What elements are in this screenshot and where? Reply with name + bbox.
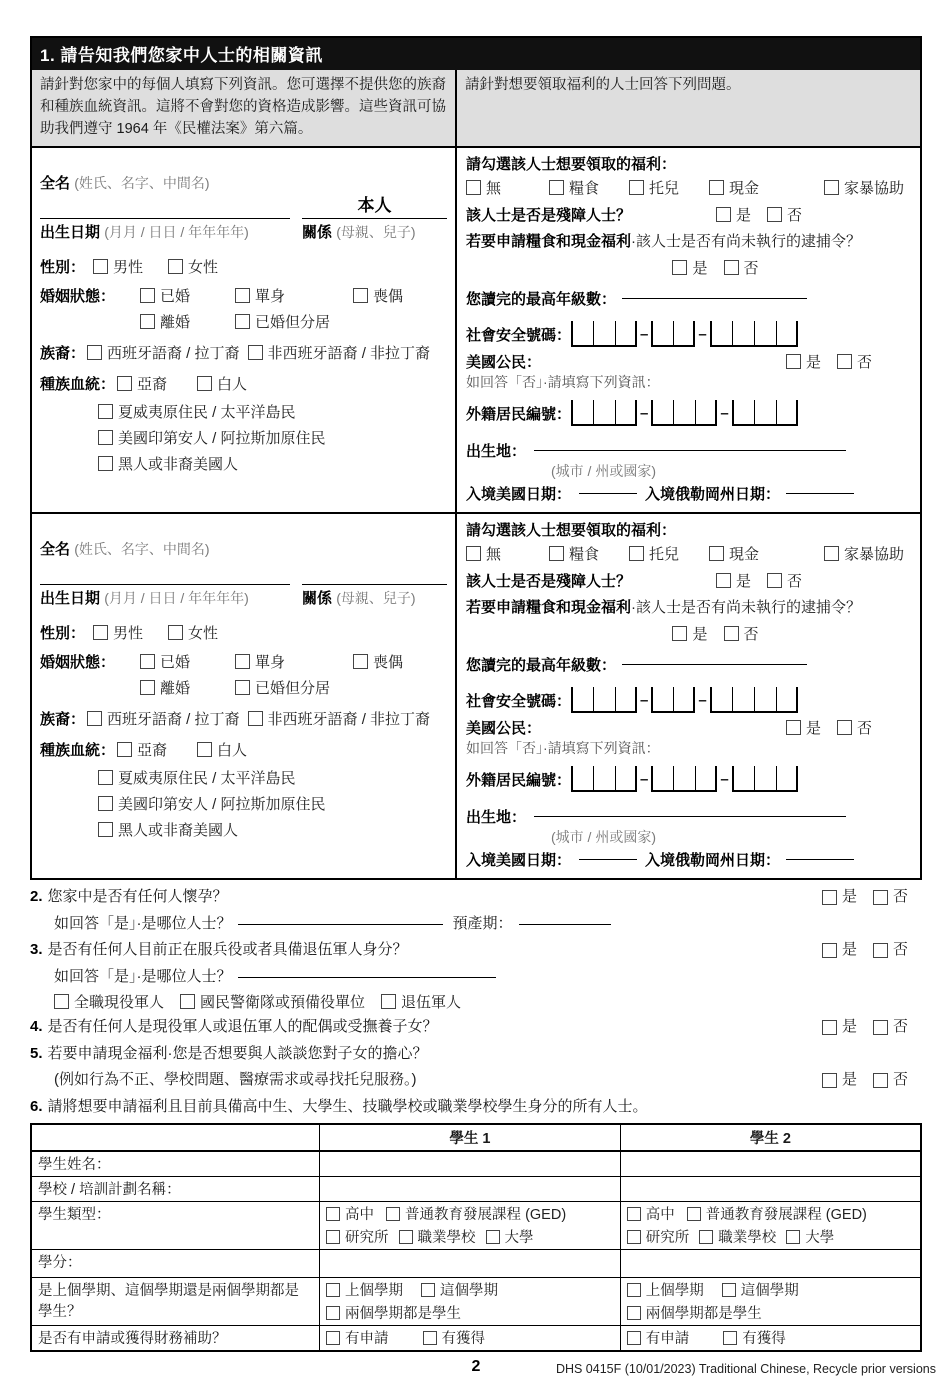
page-number: 2 — [472, 1358, 481, 1376]
checkbox-icon[interactable] — [687, 1207, 701, 1221]
checkbox-divorced[interactable]: 離婚 — [140, 311, 235, 332]
alien-boxes-group3[interactable] — [732, 766, 798, 792]
question-4-text: 是否有任何人是現役軍人或退伍軍人的配偶或受撫養子女？ — [48, 1016, 438, 1039]
digit-cell[interactable] — [754, 766, 776, 790]
checkbox-icon[interactable] — [699, 1230, 713, 1244]
digit-cell[interactable] — [673, 400, 695, 424]
checkbox-icon[interactable] — [98, 430, 113, 445]
checkbox-icon[interactable] — [140, 288, 155, 303]
digit-cell[interactable] — [776, 400, 798, 424]
checkbox-icon[interactable] — [629, 180, 644, 195]
checkbox-icon[interactable] — [822, 1073, 837, 1088]
checkbox-icon[interactable] — [824, 546, 839, 561]
checkbox-icon[interactable] — [180, 994, 195, 1009]
checkbox-this-term[interactable]: 這個學期 — [421, 1279, 498, 1300]
checkbox-icon[interactable] — [399, 1230, 413, 1244]
checkbox-icon[interactable] — [786, 1230, 800, 1244]
checkbox-non-hispanic[interactable]: 非西班牙語裔 / 非拉丁裔 — [248, 708, 431, 729]
checkbox-icon[interactable] — [767, 573, 782, 588]
checkbox-icon[interactable] — [724, 626, 739, 641]
no-checkbox[interactable]: 否 — [873, 1069, 908, 1092]
checkbox-aid-applied[interactable]: 有申請 — [627, 1327, 690, 1348]
checkbox-native-american[interactable]: 美國印第安人 / 阿拉斯加原住民 — [98, 793, 326, 814]
alien-boxes-group1[interactable] — [571, 400, 637, 426]
ethnicity-label: 族裔： — [40, 708, 85, 729]
checkbox-icon[interactable] — [672, 260, 687, 275]
checkbox-ged[interactable]: 普通教育發展課程 (GED) — [687, 1203, 867, 1224]
checkbox-female[interactable]: 女性 — [168, 256, 218, 277]
no-checkbox[interactable]: 否 — [724, 257, 759, 278]
checkbox-icon[interactable] — [549, 180, 564, 195]
warrant-yes-no: 是 否 — [672, 623, 758, 644]
checkbox-hawaiian-pacific[interactable]: 夏威夷原住民 / 太平洋島民 — [98, 767, 296, 788]
checkbox-icon[interactable] — [98, 822, 113, 837]
checkbox-black[interactable]: 黑人或非裔美國人 — [98, 819, 238, 840]
dash: – — [640, 692, 648, 709]
digit-cell[interactable] — [710, 321, 732, 345]
student2-term-cell: 上個學期 這個學期 兩個學期都是學生 — [620, 1278, 921, 1326]
no-checkbox[interactable]: 否 — [873, 886, 908, 909]
checkbox-icon[interactable] — [168, 625, 183, 640]
ssn-boxes-group2[interactable] — [651, 321, 695, 347]
birthplace-input-line[interactable] — [534, 450, 846, 451]
checkbox-icon[interactable] — [140, 654, 155, 669]
checkbox-white[interactable]: 白人 — [197, 739, 247, 760]
checkbox-icon[interactable] — [326, 1230, 340, 1244]
checkbox-single[interactable]: 單身 — [235, 285, 353, 306]
question-6: 6. 請將想要申請福利且目前具備高中生、大學生、技職學校或職業學校學生身分的所有… — [30, 1096, 922, 1119]
checkbox-native-american[interactable]: 美國印第安人 / 阿拉斯加原住民 — [98, 427, 326, 448]
checkbox-hispanic[interactable]: 西班牙語裔 / 拉丁裔 — [87, 708, 240, 729]
checkbox-married[interactable]: 已婚 — [140, 651, 235, 672]
checkbox-icon[interactable] — [168, 259, 183, 274]
checkbox-icon[interactable] — [837, 720, 852, 735]
marital-label: 婚姻狀態： — [40, 285, 132, 306]
dash: – — [640, 405, 648, 422]
no-checkbox[interactable]: 否 — [873, 939, 908, 962]
due-date-label: 預產期： — [453, 913, 513, 936]
checkbox-icon[interactable] — [381, 994, 396, 1009]
checkbox-veteran[interactable]: 退伍軍人 — [381, 991, 461, 1012]
alien-number-label: 外籍居民編號： — [466, 769, 571, 790]
checkbox-icon[interactable] — [824, 180, 839, 195]
checkbox-icon[interactable] — [98, 404, 113, 419]
digit-cell[interactable] — [710, 687, 732, 711]
students-header-blank — [31, 1124, 320, 1151]
checkbox-icon[interactable] — [248, 345, 263, 360]
benefits-label: 請勾選該人士想要領取的福利： — [466, 519, 910, 540]
table-row-student-name: 學生姓名： — [31, 1151, 921, 1177]
checkbox-aid-received[interactable]: 有獲得 — [423, 1327, 486, 1348]
checkbox-icon[interactable] — [117, 376, 132, 391]
checkbox-white[interactable]: 白人 — [197, 373, 247, 394]
checkbox-icon[interactable] — [629, 546, 644, 561]
person2-identity-cell: 全名 (姓氏、名字、中間名) 出生日期 (月月 / 日日 / 年年年年) 關係 … — [32, 514, 457, 878]
section1-title: 1. 請告知我們您家中人士的相關資訊 — [32, 38, 920, 70]
digit-cell[interactable] — [651, 400, 673, 424]
digit-cell[interactable] — [695, 766, 717, 790]
question-5-note: (例如行為不正、學校問題、醫療需求或尋找托兒服務。) 是 否 — [30, 1069, 922, 1092]
yes-checkbox[interactable]: 是 — [672, 257, 707, 278]
checkbox-icon[interactable] — [326, 1331, 340, 1345]
checkbox-gradschool[interactable]: 研究所 — [627, 1226, 690, 1247]
checkbox-icon[interactable] — [248, 711, 263, 726]
disability-question: 該人士是否是殘障人士？ — [466, 570, 631, 591]
checkbox-hawaiian-pacific[interactable]: 夏威夷原住民 / 太平洋島民 — [98, 401, 296, 422]
checkbox-icon[interactable] — [235, 654, 250, 669]
checkbox-icon[interactable] — [326, 1283, 340, 1297]
checkbox-female[interactable]: 女性 — [168, 622, 218, 643]
table-row-financial-aid: 是否有申請或獲得財務補助？ 有申請 有獲得 有申請 有獲得 — [31, 1326, 921, 1352]
digit-cell[interactable] — [754, 687, 776, 711]
entry-us-input-line[interactable] — [579, 859, 637, 860]
dash: – — [698, 692, 706, 709]
checkbox-icon[interactable] — [466, 180, 481, 195]
checkbox-non-hispanic[interactable]: 非西班牙語裔 / 非拉丁裔 — [248, 342, 431, 363]
entry-or-label: 入境俄勒岡州日期： — [645, 483, 780, 504]
yes-checkbox[interactable]: 是 — [786, 351, 821, 372]
dob-label: 出生日期 (月月 / 日日 / 年年年年) — [40, 587, 290, 608]
checkbox-black[interactable]: 黑人或非裔美國人 — [98, 453, 238, 474]
section1-instructions: 請針對您家中的每個人填寫下列資訊。您可選擇不提供您的族裔和種族血統資訊。這將不會… — [32, 70, 920, 148]
alien-boxes-group2[interactable] — [651, 766, 717, 792]
no-checkbox[interactable]: 否 — [767, 204, 802, 225]
digit-cell[interactable] — [732, 400, 754, 424]
checkbox-icon[interactable] — [723, 1331, 737, 1345]
q2-who-input-line[interactable] — [238, 924, 443, 925]
alien-boxes-group3[interactable] — [732, 400, 798, 426]
digit-cell[interactable] — [776, 321, 798, 345]
student1-aid-cell: 有申請 有獲得 — [320, 1326, 621, 1352]
checkbox-divorced[interactable]: 離婚 — [140, 677, 235, 698]
checkbox-icon[interactable] — [709, 546, 724, 561]
no-checkbox[interactable]: 否 — [767, 570, 802, 591]
yes-checkbox[interactable]: 是 — [716, 570, 751, 591]
students-header-1: 學生 1 — [320, 1124, 621, 1151]
question-3-text: 是否有任何人目前正在服兵役或者具備退伍軍人身分？ — [48, 939, 408, 962]
section1-box: 1. 請告知我們您家中人士的相關資訊 請針對您家中的每個人填寫下列資訊。您可選擇… — [30, 36, 922, 880]
page-footer: 2 DHS 0415F (10/01/2023) Traditional Chi… — [30, 1356, 922, 1390]
entry-or-input-line[interactable] — [786, 859, 854, 860]
digit-cell[interactable] — [593, 687, 615, 711]
checkbox-benefit-cash[interactable]: 現金 — [709, 177, 824, 198]
no-checkbox[interactable]: 否 — [837, 717, 872, 738]
relationship-label: 關係 (母親、兒子) — [302, 221, 447, 242]
checkbox-icon[interactable] — [724, 260, 739, 275]
full-name-input-line[interactable] — [40, 193, 290, 219]
table-row-student-type: 學生類型： 高中 普通教育發展課程 (GED) 研究所 職業學校 大學 高中 — [31, 1202, 921, 1250]
checkbox-icon[interactable] — [93, 259, 108, 274]
instructions-right: 請針對想要領取福利的人士回答下列問題。 — [457, 70, 920, 146]
dash: – — [640, 326, 648, 343]
person-row-1: 全名 (姓氏、名字、中間名) 本人 出生日期 (月月 / 日日 / 年年年年) … — [32, 148, 920, 512]
digit-cell[interactable] — [673, 687, 695, 711]
school-label: 學校 / 培訓計劃名稱： — [31, 1177, 320, 1202]
checkbox-male[interactable]: 男性 — [93, 256, 143, 277]
entry-us-label: 入境美國日期： — [466, 849, 571, 870]
aid-question-label: 是否有申請或獲得財務補助？ — [31, 1326, 320, 1352]
checkbox-benefit-dv[interactable]: 家暴協助 — [824, 543, 904, 564]
checkbox-this-term[interactable]: 這個學期 — [722, 1279, 799, 1300]
checkbox-icon[interactable] — [98, 456, 113, 471]
checkbox-icon[interactable] — [786, 720, 801, 735]
checkbox-married[interactable]: 已婚 — [140, 285, 235, 306]
checkbox-aid-received[interactable]: 有獲得 — [723, 1327, 786, 1348]
grade-label: 您讀完的最高年級數： — [466, 288, 616, 309]
checkbox-college[interactable]: 大學 — [786, 1226, 834, 1247]
yes-checkbox[interactable]: 是 — [822, 1016, 857, 1039]
checkbox-icon[interactable] — [837, 354, 852, 369]
ssn-boxes-group1[interactable] — [571, 321, 637, 347]
checkbox-icon[interactable] — [767, 207, 782, 222]
digit-cell[interactable] — [673, 766, 695, 790]
digit-cell[interactable] — [754, 400, 776, 424]
checkbox-icon[interactable] — [98, 796, 113, 811]
checkbox-icon[interactable] — [627, 1283, 641, 1297]
entry-us-input-line[interactable] — [579, 493, 637, 494]
checkbox-icon[interactable] — [386, 1207, 400, 1221]
checkbox-icon[interactable] — [822, 890, 837, 905]
checkbox-both-terms[interactable]: 兩個學期都是學生 — [326, 1302, 461, 1323]
no-checkbox[interactable]: 否 — [724, 623, 759, 644]
alien-boxes-group2[interactable] — [651, 400, 717, 426]
checkbox-asian[interactable]: 亞裔 — [117, 739, 197, 760]
q2-yes-no: 是 否 — [822, 886, 908, 909]
student2-name-cell[interactable] — [620, 1151, 921, 1177]
q3-who-input-line[interactable] — [238, 977, 496, 978]
full-name-input-line[interactable] — [40, 559, 290, 585]
question-2-sub: 如回答「是」·是哪位人士？ 預產期： — [30, 913, 922, 936]
checkbox-vocational[interactable]: 職業學校 — [399, 1226, 476, 1247]
question-3-options: 全職現役軍人 國民警衛隊或預備役單位 退伍軍人 — [30, 991, 922, 1012]
checkbox-separated[interactable]: 已婚但分居 — [235, 677, 330, 698]
entry-us-label: 入境美國日期： — [466, 483, 571, 504]
checkbox-icon[interactable] — [549, 546, 564, 561]
q3-yes-no: 是 否 — [822, 939, 908, 962]
question-5-text: 若要申請現金福利·您是否想要與人談談您對子女的擔心？ — [48, 1043, 428, 1066]
instructions-left: 請針對您家中的每個人填寫下列資訊。您可選擇不提供您的族裔和種族血統資訊。這將不會… — [32, 70, 457, 146]
checkbox-icon[interactable] — [873, 1073, 888, 1088]
digit-cell[interactable] — [615, 400, 637, 424]
digit-cell[interactable] — [571, 687, 593, 711]
checkbox-aid-applied[interactable]: 有申請 — [326, 1327, 389, 1348]
checkbox-icon[interactable] — [786, 354, 801, 369]
checkbox-icon[interactable] — [93, 625, 108, 640]
checkbox-icon[interactable] — [822, 1020, 837, 1035]
checkbox-icon[interactable] — [353, 654, 368, 669]
checkbox-icon[interactable] — [627, 1306, 641, 1320]
checkbox-benefit-none[interactable]: 無 — [466, 177, 549, 198]
sex-label: 性別： — [40, 256, 85, 277]
digit-cell[interactable] — [732, 766, 754, 790]
full-name-label: 全名 (姓氏、名字、中間名) — [40, 172, 290, 193]
checkbox-icon[interactable] — [235, 288, 250, 303]
student2-aid-cell: 有申請 有獲得 — [620, 1326, 921, 1352]
digit-cell[interactable] — [571, 321, 593, 345]
relationship-label: 關係 (母親、兒子) — [302, 587, 447, 608]
checkbox-icon[interactable] — [672, 626, 687, 641]
digit-cell[interactable] — [732, 321, 754, 345]
checkbox-icon[interactable] — [873, 890, 888, 905]
digit-cell[interactable] — [593, 321, 615, 345]
student1-name-cell[interactable] — [320, 1151, 621, 1177]
checkbox-separated[interactable]: 已婚但分居 — [235, 311, 330, 332]
checkbox-single[interactable]: 單身 — [235, 651, 353, 672]
birthplace-hint: (城市 / 州或國家) — [551, 827, 910, 847]
grade-input-line[interactable] — [622, 298, 807, 299]
checkbox-icon[interactable] — [326, 1207, 340, 1221]
checkbox-widowed[interactable]: 喪偶 — [353, 285, 403, 306]
digit-cell[interactable] — [695, 400, 717, 424]
digit-cell[interactable] — [651, 687, 673, 711]
ssn-boxes-group2[interactable] — [651, 687, 695, 713]
checkbox-icon[interactable] — [140, 314, 155, 329]
yes-checkbox[interactable]: 是 — [822, 1069, 857, 1092]
checkbox-icon[interactable] — [197, 742, 212, 757]
relationship-input-line[interactable] — [302, 561, 447, 585]
dash: – — [720, 771, 728, 788]
checkbox-highschool[interactable]: 高中 — [627, 1203, 675, 1224]
citizen-yes-no: 是 否 — [786, 717, 872, 738]
digit-cell[interactable] — [651, 321, 673, 345]
checkbox-college[interactable]: 大學 — [486, 1226, 534, 1247]
ssn-boxes-group1[interactable] — [571, 687, 637, 713]
digit-cell[interactable] — [593, 400, 615, 424]
checkbox-icon[interactable] — [822, 943, 837, 958]
checkbox-icon[interactable] — [873, 1020, 888, 1035]
checkbox-icon[interactable] — [722, 1283, 736, 1297]
checkbox-icon[interactable] — [627, 1207, 641, 1221]
checkbox-benefit-food[interactable]: 糧食 — [549, 177, 629, 198]
digit-cell[interactable] — [615, 687, 637, 711]
birthplace-label: 出生地： — [466, 440, 526, 461]
no-checkbox[interactable]: 否 — [837, 351, 872, 372]
checkbox-last-term[interactable]: 上個學期 — [326, 1279, 403, 1300]
digit-cell[interactable] — [673, 321, 695, 345]
alien-boxes-group1[interactable] — [571, 766, 637, 792]
checkbox-benefit-cash[interactable]: 現金 — [709, 543, 824, 564]
student2-credits-cell[interactable] — [620, 1250, 921, 1278]
checkbox-icon[interactable] — [466, 546, 481, 561]
checkbox-benefit-none[interactable]: 無 — [466, 543, 549, 564]
checkbox-icon[interactable] — [98, 770, 113, 785]
checkbox-benefit-dv[interactable]: 家暴協助 — [824, 177, 904, 198]
checkbox-icon[interactable] — [235, 680, 250, 695]
full-name-label: 全名 (姓氏、名字、中間名) — [40, 538, 290, 559]
checkbox-highschool[interactable]: 高中 — [326, 1203, 374, 1224]
student2-school-cell[interactable] — [620, 1177, 921, 1202]
digit-cell[interactable] — [754, 321, 776, 345]
digit-cell[interactable] — [776, 687, 798, 711]
students-table: 學生 1 學生 2 學生姓名： 學校 / 培訓計劃名稱： 學生類型： 高中 — [30, 1123, 922, 1352]
checkbox-icon[interactable] — [353, 288, 368, 303]
checkbox-active-duty[interactable]: 全職現役軍人 — [54, 991, 164, 1012]
checkbox-icon[interactable] — [627, 1331, 641, 1345]
checkbox-asian[interactable]: 亞裔 — [117, 373, 197, 394]
checkbox-icon[interactable] — [709, 180, 724, 195]
relationship-value[interactable]: 本人 — [302, 195, 447, 219]
birthplace-input-line[interactable] — [534, 816, 846, 817]
digit-cell[interactable] — [732, 687, 754, 711]
checkbox-icon[interactable] — [486, 1230, 500, 1244]
checkbox-icon[interactable] — [197, 376, 212, 391]
checkbox-icon[interactable] — [235, 314, 250, 329]
yes-checkbox[interactable]: 是 — [672, 623, 707, 644]
checkbox-vocational[interactable]: 職業學校 — [699, 1226, 776, 1247]
citizen-label: 美國公民： — [466, 717, 541, 738]
person2-benefits-cell: 請勾選該人士想要領取的福利： 無 糧食 托兒 現金 家暴協助 該人士是否是殘障人… — [457, 514, 920, 878]
checkbox-icon[interactable] — [627, 1230, 641, 1244]
ssn-boxes-group3[interactable] — [710, 687, 798, 713]
checkbox-icon[interactable] — [421, 1283, 435, 1297]
checkbox-benefit-childcare[interactable]: 托兒 — [629, 543, 709, 564]
disability-yes-no: 是 否 — [716, 204, 802, 225]
checkbox-last-term[interactable]: 上個學期 — [627, 1279, 704, 1300]
checkbox-both-terms[interactable]: 兩個學期都是學生 — [627, 1302, 762, 1323]
checkbox-icon[interactable] — [140, 680, 155, 695]
question-5: 5. 若要申請現金福利·您是否想要與人談談您對子女的擔心？ — [30, 1043, 922, 1066]
table-row-school: 學校 / 培訓計劃名稱： — [31, 1177, 921, 1202]
checkbox-icon[interactable] — [873, 943, 888, 958]
no-checkbox[interactable]: 否 — [873, 1016, 908, 1039]
checkbox-icon[interactable] — [716, 207, 731, 222]
checkbox-ged[interactable]: 普通教育發展課程 (GED) — [386, 1203, 566, 1224]
yes-checkbox[interactable]: 是 — [822, 939, 857, 962]
digit-cell[interactable] — [776, 766, 798, 790]
race-label: 種族血統： — [40, 373, 115, 394]
checkbox-icon[interactable] — [87, 711, 102, 726]
checkbox-icon[interactable] — [326, 1306, 340, 1320]
digit-cell[interactable] — [571, 400, 593, 424]
checkbox-widowed[interactable]: 喪偶 — [353, 651, 403, 672]
checkbox-male[interactable]: 男性 — [93, 622, 143, 643]
question-2: 2. 您家中是否有任何人懷孕？ 是 否 — [30, 886, 922, 909]
student1-school-cell[interactable] — [320, 1177, 621, 1202]
digit-cell[interactable] — [571, 766, 593, 790]
digit-cell[interactable] — [615, 321, 637, 345]
form-page: 1. 請告知我們您家中人士的相關資訊 請針對您家中的每個人填寫下列資訊。您可選擇… — [0, 0, 950, 1230]
yes-checkbox[interactable]: 是 — [786, 717, 821, 738]
sex-label: 性別： — [40, 622, 85, 643]
student1-credits-cell[interactable] — [320, 1250, 621, 1278]
checkbox-icon[interactable] — [87, 345, 102, 360]
q2-due-input-line[interactable] — [519, 924, 611, 925]
grade-input-line[interactable] — [622, 664, 807, 665]
digit-cell[interactable] — [593, 766, 615, 790]
credits-label: 學分： — [31, 1250, 320, 1278]
yes-checkbox[interactable]: 是 — [716, 204, 751, 225]
entry-or-input-line[interactable] — [786, 493, 854, 494]
students-header-2: 學生 2 — [620, 1124, 921, 1151]
checkbox-icon[interactable] — [54, 994, 69, 1009]
checkbox-icon[interactable] — [716, 573, 731, 588]
digit-cell[interactable] — [615, 766, 637, 790]
q5-yes-no: 是 否 — [822, 1069, 908, 1092]
checkbox-benefit-food[interactable]: 糧食 — [549, 543, 629, 564]
checkbox-hispanic[interactable]: 西班牙語裔 / 拉丁裔 — [87, 342, 240, 363]
checkbox-gradschool[interactable]: 研究所 — [326, 1226, 389, 1247]
checkbox-benefit-childcare[interactable]: 托兒 — [629, 177, 709, 198]
checkbox-icon[interactable] — [423, 1331, 437, 1345]
digit-cell[interactable] — [651, 766, 673, 790]
ssn-boxes-group3[interactable] — [710, 321, 798, 347]
warrant-yes-no: 是 否 — [672, 257, 758, 278]
dash: – — [698, 326, 706, 343]
checkbox-icon[interactable] — [117, 742, 132, 757]
yes-checkbox[interactable]: 是 — [822, 886, 857, 909]
dash: – — [640, 771, 648, 788]
checkbox-national-guard[interactable]: 國民警衛隊或預備役單位 — [180, 991, 365, 1012]
